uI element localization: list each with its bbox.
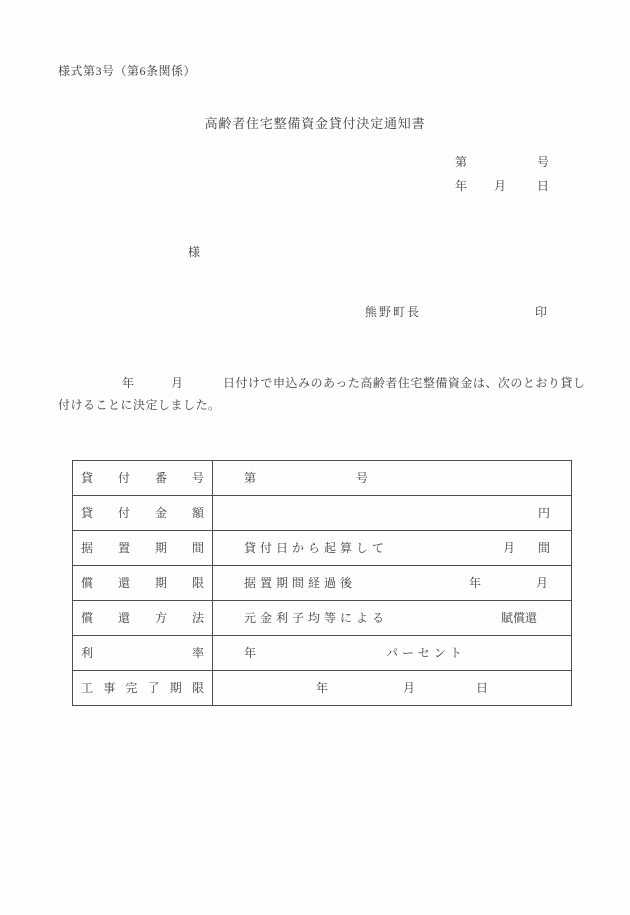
doc-number-prefix: 第 bbox=[455, 155, 467, 169]
row-value: 据置期間経過後 年 月 bbox=[213, 566, 571, 600]
value-day-label: 日 bbox=[476, 671, 488, 705]
seal-placeholder: 印 bbox=[535, 305, 547, 319]
row-value: 円 bbox=[213, 496, 571, 530]
value-unit: 月 bbox=[536, 566, 548, 600]
value-prefix: 年 bbox=[244, 636, 256, 670]
date-month-label: 月 bbox=[494, 179, 506, 193]
value-year-label: 年 bbox=[316, 671, 328, 705]
row-label: 利 率 bbox=[73, 636, 213, 670]
addressee-honorific: 様 bbox=[188, 245, 201, 259]
row-value: 年 パーセント bbox=[213, 636, 571, 670]
table-row-repayment-deadline: 償 還 期 限 据置期間経過後 年 月 bbox=[73, 566, 571, 601]
value-prefix: 第 bbox=[244, 461, 256, 495]
value-phrase: 元金利子均等による bbox=[244, 601, 388, 635]
row-value: 貸付日から起算して 月 間 bbox=[213, 531, 571, 565]
table-row-repayment-method: 償 還 方 法 元金利子均等による 賦償還 bbox=[73, 601, 571, 636]
body-year-label: 年 bbox=[122, 376, 135, 390]
row-label: 償 還 期 限 bbox=[73, 566, 213, 600]
row-label: 償 還 方 法 bbox=[73, 601, 213, 635]
value-unit: 月 bbox=[503, 531, 515, 565]
row-value: 年 月 日 bbox=[213, 671, 571, 705]
body-paragraph-line2: 付けることに決定しました。 bbox=[58, 398, 598, 412]
row-label: 工 事 完 了 期 限 bbox=[73, 671, 213, 705]
value-unit: 間 bbox=[538, 531, 550, 565]
row-value: 第 号 bbox=[213, 461, 571, 495]
value-unit: パーセント bbox=[386, 636, 466, 670]
body-month-label: 月 bbox=[171, 376, 184, 390]
document-title: 高齢者住宅整備資金貸付決定通知書 bbox=[0, 116, 630, 132]
document-page: 様式第3号（第6条関係） 高齢者住宅整備資金貸付決定通知書 第 号 年 月 日 … bbox=[0, 0, 630, 915]
issuer-name: 熊野町長 bbox=[365, 305, 421, 319]
row-label: 据 置 期 間 bbox=[73, 531, 213, 565]
loan-details-table: 貸 付 番 号 第 号 貸 付 金 額 円 据 置 期 間 貸付日から起算して … bbox=[72, 460, 572, 706]
value-suffix: 賦償還 bbox=[501, 601, 537, 635]
value-suffix: 号 bbox=[356, 461, 368, 495]
row-value: 元金利子均等による 賦償還 bbox=[213, 601, 571, 635]
row-label: 貸 付 番 号 bbox=[73, 461, 213, 495]
value-unit: 年 bbox=[469, 566, 481, 600]
body-text: 日付けで申込みのあった高齢者住宅整備資金は、次のとおり貸し bbox=[223, 376, 585, 390]
table-row-deferment-period: 据 置 期 間 貸付日から起算して 月 間 bbox=[73, 531, 571, 566]
date-year-label: 年 bbox=[455, 179, 467, 193]
value-phrase: 据置期間経過後 bbox=[244, 566, 356, 600]
doc-number-suffix: 号 bbox=[537, 155, 549, 169]
table-row-construction-deadline: 工 事 完 了 期 限 年 月 日 bbox=[73, 671, 571, 705]
table-row-loan-amount: 貸 付 金 額 円 bbox=[73, 496, 571, 531]
date-day-label: 日 bbox=[537, 179, 549, 193]
value-unit: 円 bbox=[538, 496, 550, 530]
row-label: 貸 付 金 額 bbox=[73, 496, 213, 530]
body-paragraph-line1: 年 月 日付けで申込みのあった高齢者住宅整備資金は、次のとおり貸し bbox=[58, 376, 598, 390]
form-number: 様式第3号（第6条関係） bbox=[58, 64, 196, 78]
table-row-interest-rate: 利 率 年 パーセント bbox=[73, 636, 571, 671]
value-month-label: 月 bbox=[403, 671, 415, 705]
value-phrase: 貸付日から起算して bbox=[244, 531, 388, 565]
table-row-loan-number: 貸 付 番 号 第 号 bbox=[73, 461, 571, 496]
